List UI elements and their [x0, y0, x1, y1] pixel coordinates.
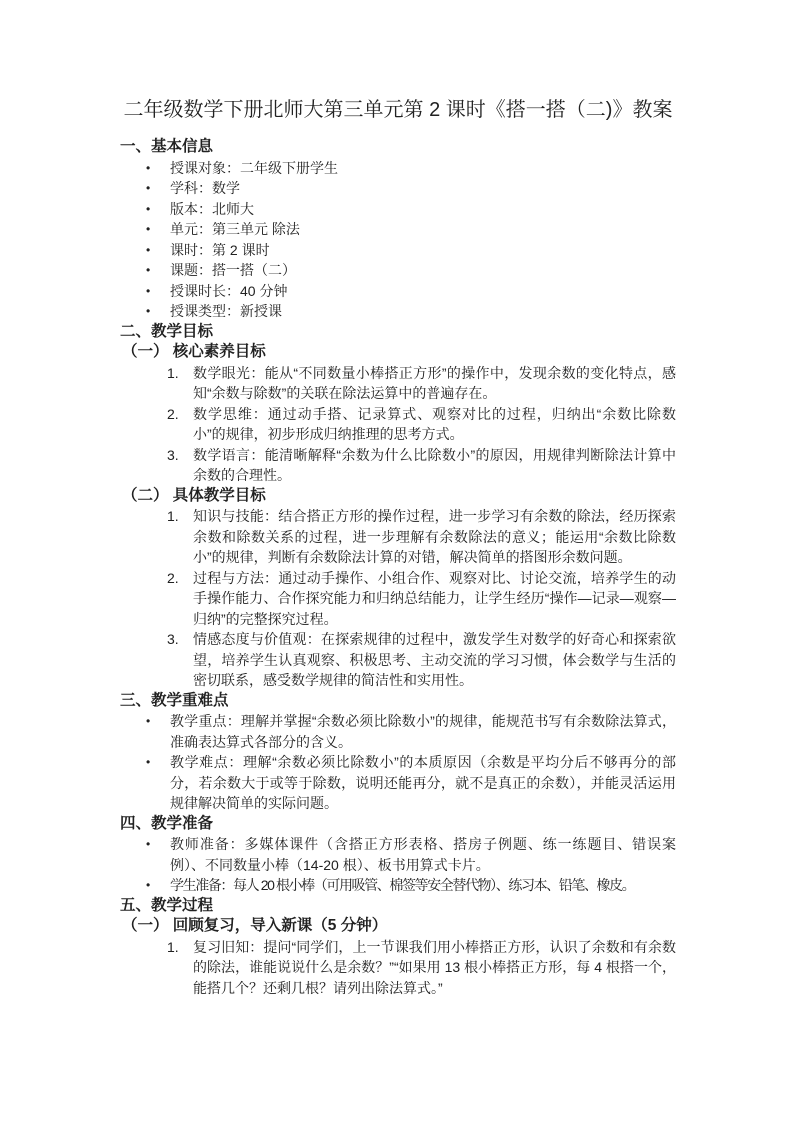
item-text: 过程与方法：通过动手操作、小组合作、观察对比、讨论交流，培养学生的动手操作能力、…: [193, 570, 676, 627]
bullet-item: •学科：数学: [120, 178, 676, 199]
bullet-text: 课题：搭一搭（二）: [170, 262, 296, 278]
section-heading: 五、教学过程: [120, 896, 676, 917]
bullet-item: •授课对象：二年级下册学生: [120, 158, 676, 179]
bullet-item: •授课类型：新授课: [120, 301, 676, 322]
bullet-item: •授课时长：40 分钟: [120, 281, 676, 302]
bullet-item: •课题：搭一搭（二）: [120, 260, 676, 281]
numbered-item: 1.复习旧知：提问“同学们，上一节课我们用小棒搭正方形，认识了余数和有余数的除法…: [120, 937, 676, 999]
bullet-item: •学生准备：每人 20 根小棒（可用吸管、棉签等安全替代物）、练习本、铅笔、橡皮…: [120, 875, 676, 896]
bullet-text: 授课时长：40 分钟: [170, 283, 287, 299]
item-number: 3.: [167, 445, 179, 466]
bullet-item: •版本：北师大: [120, 199, 676, 220]
bullet-marker: •: [146, 240, 150, 261]
bullet-text: 教师准备：多媒体课件（含搭正方形表格、搭房子例题、练一练题目、错误案例）、不同数…: [170, 836, 676, 873]
item-text: 复习旧知：提问“同学们，上一节课我们用小棒搭正方形，认识了余数和有余数的除法，谁…: [193, 939, 676, 996]
numbered-item: 2.数学思维：通过动手搭、记录算式、观察对比的过程，归纳出“余数比除数小”的规律…: [120, 404, 676, 445]
numbered-item: 3.数学语言：能清晰解释“余数为什么比除数小”的原因，用规律判断除法计算中余数的…: [120, 445, 676, 486]
bullet-text: 版本：北师大: [170, 201, 254, 217]
subsection-heading: （一） 回顾复习，导入新课（5 分钟）: [120, 916, 676, 937]
doc-title: 二年级数学下册北师大第三单元第 2 课时《搭一搭（二)》教案: [120, 97, 676, 123]
bullet-marker: •: [146, 711, 150, 732]
bullet-text: 学科：数学: [170, 180, 240, 196]
bullet-marker: •: [146, 260, 150, 281]
bullet-marker: •: [146, 158, 150, 179]
section-heading: 四、教学准备: [120, 814, 676, 835]
bullet-text: 教学重点：理解并掌握“余数必须比除数小”的规律，能规范书写有余数除法算式，准确表…: [170, 713, 676, 750]
section-heading: 二、教学目标: [120, 322, 676, 343]
section-key-points: 三、教学重难点 •教学重点：理解并掌握“余数必须比除数小”的规律，能规范书写有余…: [120, 691, 676, 814]
item-number: 2.: [167, 568, 179, 589]
document-page: 二年级数学下册北师大第三单元第 2 课时《搭一搭（二)》教案 一、基本信息 •授…: [0, 0, 794, 1123]
section-heading: 一、基本信息: [120, 137, 676, 158]
item-text: 数学眼光：能从“不同数量小棒搭正方形”的操作中，发现余数的变化特点，感知“余数与…: [193, 365, 676, 402]
section-process: 五、教学过程 （一） 回顾复习，导入新课（5 分钟） 1.复习旧知：提问“同学们…: [120, 896, 676, 999]
bullet-marker: •: [146, 178, 150, 199]
subsection-heading: （一） 核心素养目标: [120, 342, 676, 363]
bullet-item: •教学难点：理解“余数必须比除数小”的本质原因（余数是平均分后不够再分的部分，若…: [120, 752, 676, 814]
bullet-item: •单元：第三单元 除法: [120, 219, 676, 240]
bullet-text: 学生准备：每人 20 根小棒（可用吸管、棉签等安全替代物）、练习本、铅笔、橡皮。: [170, 877, 634, 893]
section-basic-info: 一、基本信息 •授课对象：二年级下册学生 •学科：数学 •版本：北师大 •单元：…: [120, 137, 676, 322]
bullet-marker: •: [146, 834, 150, 855]
bullet-item: •课时：第 2 课时: [120, 240, 676, 261]
bullet-text: 授课类型：新授课: [170, 303, 282, 319]
bullet-text: 教学难点：理解“余数必须比除数小”的本质原因（余数是平均分后不够再分的部分，若余…: [170, 754, 676, 811]
item-number: 1.: [167, 506, 179, 527]
numbered-item: 1.知识与技能：结合搭正方形的操作过程，进一步学习有余数的除法，经历探索余数和除…: [120, 506, 676, 568]
section-heading: 三、教学重难点: [120, 691, 676, 712]
bullet-item: •教师准备：多媒体课件（含搭正方形表格、搭房子例题、练一练题目、错误案例）、不同…: [120, 834, 676, 875]
bullet-text: 课时：第 2 课时: [170, 242, 270, 258]
bullet-marker: •: [146, 219, 150, 240]
numbered-item: 2.过程与方法：通过动手操作、小组合作、观察对比、讨论交流，培养学生的动手操作能…: [120, 568, 676, 630]
item-text: 数学语言：能清晰解释“余数为什么比除数小”的原因，用规律判断除法计算中余数的合理…: [193, 447, 676, 484]
item-number: 2.: [167, 404, 179, 425]
item-number: 1.: [167, 937, 179, 958]
bullet-text: 授课对象：二年级下册学生: [170, 160, 338, 176]
item-text: 情感态度与价值观：在探索规律的过程中，激发学生对数学的好奇心和探索欲望，培养学生…: [193, 631, 676, 688]
item-text: 知识与技能：结合搭正方形的操作过程，进一步学习有余数的除法，经历探索余数和除数关…: [193, 508, 676, 565]
section-teaching-goals: 二、教学目标 （一） 核心素养目标 1.数学眼光：能从“不同数量小棒搭正方形”的…: [120, 322, 676, 691]
bullet-marker: •: [146, 199, 150, 220]
bullet-marker: •: [146, 752, 150, 773]
section-preparation: 四、教学准备 •教师准备：多媒体课件（含搭正方形表格、搭房子例题、练一练题目、错…: [120, 814, 676, 896]
numbered-item: 3.情感态度与价值观：在探索规律的过程中，激发学生对数学的好奇心和探索欲望，培养…: [120, 629, 676, 691]
item-number: 3.: [167, 629, 179, 650]
numbered-item: 1.数学眼光：能从“不同数量小棒搭正方形”的操作中，发现余数的变化特点，感知“余…: [120, 363, 676, 404]
bullet-marker: •: [146, 875, 149, 896]
bullet-marker: •: [146, 281, 150, 302]
subsection-heading: （二） 具体教学目标: [120, 486, 676, 507]
item-number: 1.: [167, 363, 179, 384]
bullet-marker: •: [146, 301, 150, 322]
bullet-text: 单元：第三单元 除法: [170, 221, 300, 237]
item-text: 数学思维：通过动手搭、记录算式、观察对比的过程，归纳出“余数比除数小”的规律，初…: [193, 406, 676, 443]
bullet-item: •教学重点：理解并掌握“余数必须比除数小”的规律，能规范书写有余数除法算式，准确…: [120, 711, 676, 752]
